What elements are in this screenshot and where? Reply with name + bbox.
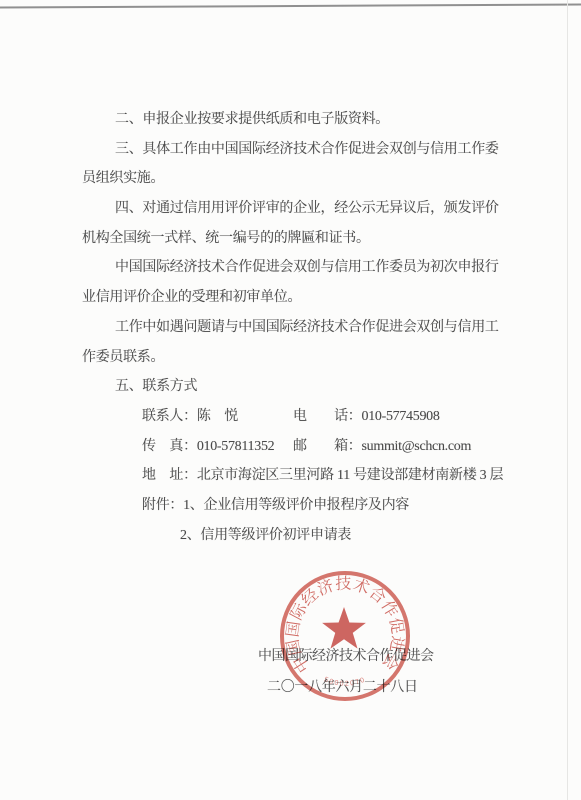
contact-row-person-phone: 联系人：陈 悦 电 话：010-57745908 (82, 402, 500, 432)
seal-code: 50002070 (323, 676, 367, 687)
contact-email-label: 邮 箱： (293, 439, 362, 454)
paragraph-6-line-1: 工作中如遇问题请与中国国际经济技术合作促进会双创与信用工 (82, 313, 500, 343)
scan-artifact-right-edge (567, 0, 568, 800)
contact-phone-label: 电 话： (293, 409, 362, 424)
contact-fax-label: 传 真： (142, 439, 197, 454)
paragraph-4-line-1: 四、对通过信用用评价评审的企业，经公示无异议后，颁发评价 (82, 194, 500, 224)
contact-row-address: 地 址：北京市海淀区三里河路 11 号建设部建材南新楼 3 层 (82, 461, 500, 491)
seal-code-container: 50002070 (323, 676, 367, 687)
attachments-label: 附件： (142, 498, 183, 513)
paragraph-4-line-2: 机构全国统一式样、统一编号的的牌匾和证书。 (82, 224, 500, 254)
contact-row-fax-email: 传 真：010-57811352 邮 箱：summit@schcn.com (82, 432, 500, 462)
attachment-item-1: 1、企业信用等级评价申报程序及内容 (183, 498, 409, 513)
paragraph-3-line-2: 员组织实施。 (82, 164, 500, 194)
paragraph-2: 二、申报企业按要求提供纸质和电子版资料。 (82, 105, 500, 135)
document-body: 二、申报企业按要求提供纸质和电子版资料。 三、具体工作由中国国际经济技术合作促进… (82, 105, 500, 550)
paragraph-5-line-2: 业信用评价企业的受理和初审单位。 (82, 283, 500, 313)
contact-person-value: 陈 悦 (197, 409, 238, 424)
contact-phone-value: 010-57745908 (362, 409, 440, 424)
contact-email-value: summit@schcn.com (362, 439, 472, 454)
contact-address-label: 地 址： (142, 468, 197, 483)
paragraph-3-line-1: 三、具体工作由中国国际经济技术合作促进会双创与信用工作委 (82, 135, 500, 165)
contact-fax: 传 真：010-57811352 (142, 439, 274, 454)
official-seal-stamp: 中国国际经济技术合作促进会 50002070 (269, 560, 421, 712)
contact-email: 邮 箱：summit@schcn.com (293, 432, 471, 462)
contact-fax-value: 010-57811352 (197, 439, 275, 454)
section-5-heading: 五、联系方式 (82, 372, 500, 402)
contact-phone: 电 话：010-57745908 (293, 402, 440, 432)
scanned-document-page: 二、申报企业按要求提供纸质和电子版资料。 三、具体工作由中国国际经济技术合作促进… (0, 0, 581, 800)
paragraph-6-line-2: 作委员联系。 (82, 343, 500, 373)
attachment-item-2: 2、信用等级评价初评申请表 (180, 528, 351, 543)
attachments-row-2: 2、信用等级评价初评申请表 (82, 521, 500, 551)
scan-artifact-top-edge (0, 3, 581, 8)
paragraph-5-line-1: 中国国际经济技术合作促进会双创与信用工作委员为初次申报行 (82, 253, 500, 283)
attachments-row-1: 附件：1、企业信用等级评价申报程序及内容 (82, 491, 500, 521)
contact-address-value: 北京市海淀区三里河路 11 号建设部建材南新楼 3 层 (197, 468, 503, 483)
contact-person: 联系人：陈 悦 (142, 409, 238, 424)
contact-person-label: 联系人： (142, 409, 197, 424)
star-icon (322, 607, 366, 649)
